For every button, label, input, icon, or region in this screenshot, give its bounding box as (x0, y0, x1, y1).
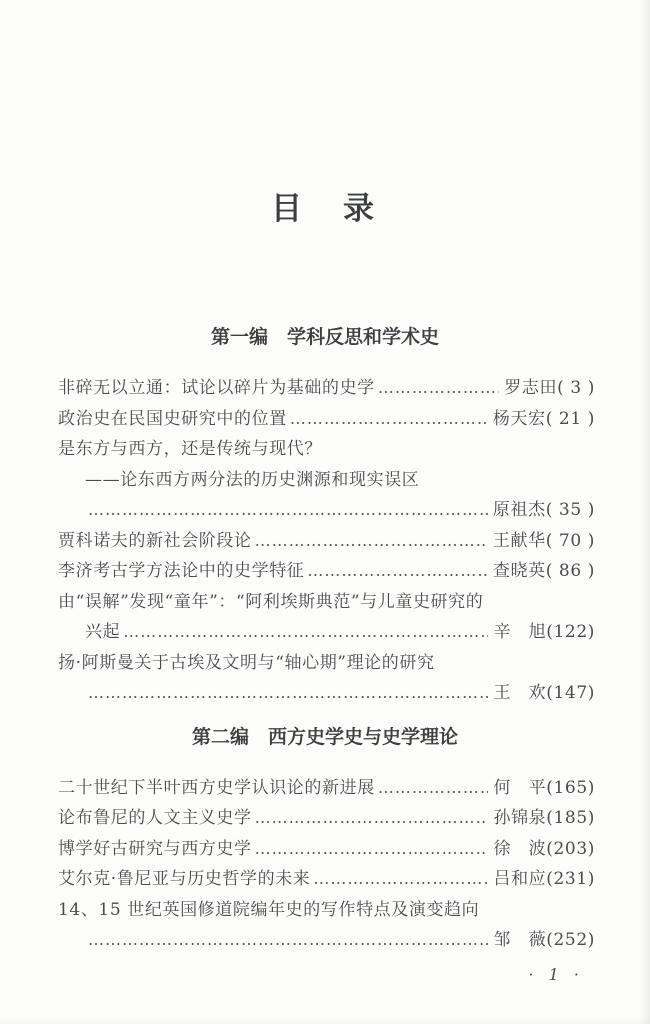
entry-author: 杨天宏 (493, 409, 546, 429)
entry-author: 王 欢 (493, 683, 546, 703)
entry-author: 何 平 (493, 778, 546, 798)
toc-entry-continuation: …………………………………………………………………………………………………………… (58, 925, 595, 956)
entry-author: 孙锦泉 (493, 808, 546, 828)
toc-entry-continuation: 兴起 …………………………………………………………………………………………………… (58, 617, 595, 648)
entry-page-number: (231) (546, 869, 595, 889)
leader-dots: …………………………………………………………………………………………………………… (88, 930, 488, 949)
entry-title: 扬·阿斯曼关于古埃及文明与“轴心期”理论的研究 (58, 648, 435, 673)
toc-entry: 14、15 世纪英国修道院编年史的写作特点及演变趋向 (58, 895, 595, 926)
entry-author: 罗志田 (504, 378, 557, 398)
page-number-footer: · 1 · (0, 965, 584, 984)
toc-entry: 李济考古学方法论中的史学特征 …………………………………………………………………… (58, 556, 595, 587)
entry-author: 查晓英 (493, 561, 546, 581)
toc-entry: 贾科诺夫的新社会阶段论 …………………………………………………………………………… (58, 526, 595, 557)
toc-entry-subtitle: ——论东西方两分法的历史渊源和现实误区 (58, 465, 595, 496)
leader-dots: …………………………………………………………………………………………………………… (255, 839, 489, 858)
entry-author-page: 杨天宏( 21 ) (493, 404, 595, 429)
entry-title: 博学好古研究与西方史学 (58, 834, 252, 859)
entry-page-number: ( 21 ) (546, 409, 595, 429)
page-title: 目 录 (0, 190, 650, 228)
entry-author-page: 查晓英( 86 ) (493, 556, 595, 581)
entry-author-page: 孙锦泉(185) (493, 803, 595, 828)
leader-dots: …………………………………………………………………………………………………………… (255, 531, 488, 550)
entry-page-number: (147) (546, 683, 595, 703)
section-heading-2: 第二编 西方史学史与史学理论 (57, 724, 593, 750)
toc-section-1: 非碎无以立通：试论以碎片为基础的史学 ………………………………………………………… (58, 373, 595, 709)
entry-author-page: 何 平(165) (493, 773, 595, 798)
entry-author-page: 罗志田( 3 ) (504, 373, 595, 398)
leader-dots: …………………………………………………………………………………………………………… (378, 778, 489, 797)
entry-author-page: 原祖杰( 35 ) (493, 495, 595, 520)
entry-page-number: (165) (546, 778, 595, 798)
entry-author: 吕和应 (493, 869, 546, 889)
entry-author: 王献华 (493, 531, 546, 551)
entry-title: 非碎无以立通：试论以碎片为基础的史学 (58, 373, 375, 398)
entry-page-number: ( 70 ) (546, 531, 595, 551)
entry-author-page: 邹 薇(252) (493, 925, 595, 950)
toc-entry: 扬·阿斯曼关于古埃及文明与“轴心期”理论的研究 (58, 648, 595, 679)
entry-author-page: 吕和应(231) (493, 864, 595, 889)
leader-dots: …………………………………………………………………………………………………………… (88, 500, 488, 519)
toc-entry-continuation: …………………………………………………………………………………………………………… (58, 495, 595, 526)
entry-page-number: (122) (546, 622, 595, 642)
entry-title: 14、15 世纪英国修道院编年史的写作特点及演变趋向 (58, 895, 479, 920)
scanned-toc-page: 目 录 第一编 学科反思和学术史 非碎无以立通：试论以碎片为基础的史学 …………… (0, 0, 650, 1024)
entry-page-number: (252) (546, 930, 595, 950)
entry-title: 是东方与西方，还是传统与现代？ (58, 434, 322, 459)
entry-author: 徐 波 (493, 839, 546, 859)
toc-entry: 论布鲁尼的人文主义史学 …………………………………………………………………………… (58, 803, 595, 834)
entry-page-number: ( 35 ) (546, 500, 595, 520)
leader-dots: …………………………………………………………………………………………………………… (313, 869, 488, 888)
entry-author: 原祖杰 (493, 500, 546, 520)
toc-entry: 是东方与西方，还是传统与现代？ (58, 434, 595, 465)
leader-dots: …………………………………………………………………………………………………………… (123, 622, 488, 641)
entry-author-page: 王 欢(147) (493, 678, 595, 703)
leader-dots: …………………………………………………………………………………………………………… (378, 378, 499, 397)
entry-title: 李济考古学方法论中的史学特征 (58, 556, 304, 581)
entry-author-page: 辛 旭(122) (493, 617, 595, 642)
leader-dots: …………………………………………………………………………………………………………… (255, 808, 489, 827)
entry-author-page: 王献华( 70 ) (493, 526, 595, 551)
entry-page-number: (203) (546, 839, 595, 859)
entry-author: 邹 薇 (493, 930, 546, 950)
entry-title: 兴起 (85, 617, 120, 642)
entry-author: 辛 旭 (493, 622, 546, 642)
toc-section-2: 二十世纪下半叶西方史学认识论的新进展 ………………………………………………………… (58, 773, 595, 956)
section-heading-1: 第一编 学科反思和学术史 (57, 324, 593, 350)
entry-title: 艾尔克·鲁尼亚与历史哲学的未来 (58, 864, 310, 889)
toc-entry: 政治史在民国史研究中的位置 ……………………………………………………………………… (58, 404, 595, 435)
entry-author-page: 徐 波(203) (493, 834, 595, 859)
toc-entry: 非碎无以立通：试论以碎片为基础的史学 ………………………………………………………… (58, 373, 595, 404)
leader-dots: …………………………………………………………………………………………………………… (290, 409, 488, 428)
entry-subtitle: ——论东西方两分法的历史渊源和现实误区 (85, 465, 419, 490)
entry-title: 由“误解”发现“童年”：“阿利埃斯典范”与儿童史研究的 (58, 587, 483, 612)
leader-dots: …………………………………………………………………………………………………………… (307, 561, 487, 580)
entry-page-number: (185) (546, 808, 595, 828)
leader-dots: …………………………………………………………………………………………………………… (88, 683, 488, 702)
toc-entry: 由“误解”发现“童年”：“阿利埃斯典范”与儿童史研究的 (58, 587, 595, 618)
toc-entry: 博学好古研究与西方史学 …………………………………………………………………………… (58, 834, 595, 865)
entry-title: 贾科诺夫的新社会阶段论 (58, 526, 252, 551)
entry-title: 二十世纪下半叶西方史学认识论的新进展 (58, 773, 375, 798)
entry-page-number: ( 3 ) (557, 378, 595, 398)
entry-title: 政治史在民国史研究中的位置 (58, 404, 287, 429)
toc-entry: 二十世纪下半叶西方史学认识论的新进展 ………………………………………………………… (58, 773, 595, 804)
toc-entry: 艾尔克·鲁尼亚与历史哲学的未来 ………………………………………………………………… (58, 864, 595, 895)
entry-page-number: ( 86 ) (546, 561, 595, 581)
entry-title: 论布鲁尼的人文主义史学 (58, 803, 252, 828)
toc-entry-continuation: …………………………………………………………………………………………………………… (58, 678, 595, 709)
